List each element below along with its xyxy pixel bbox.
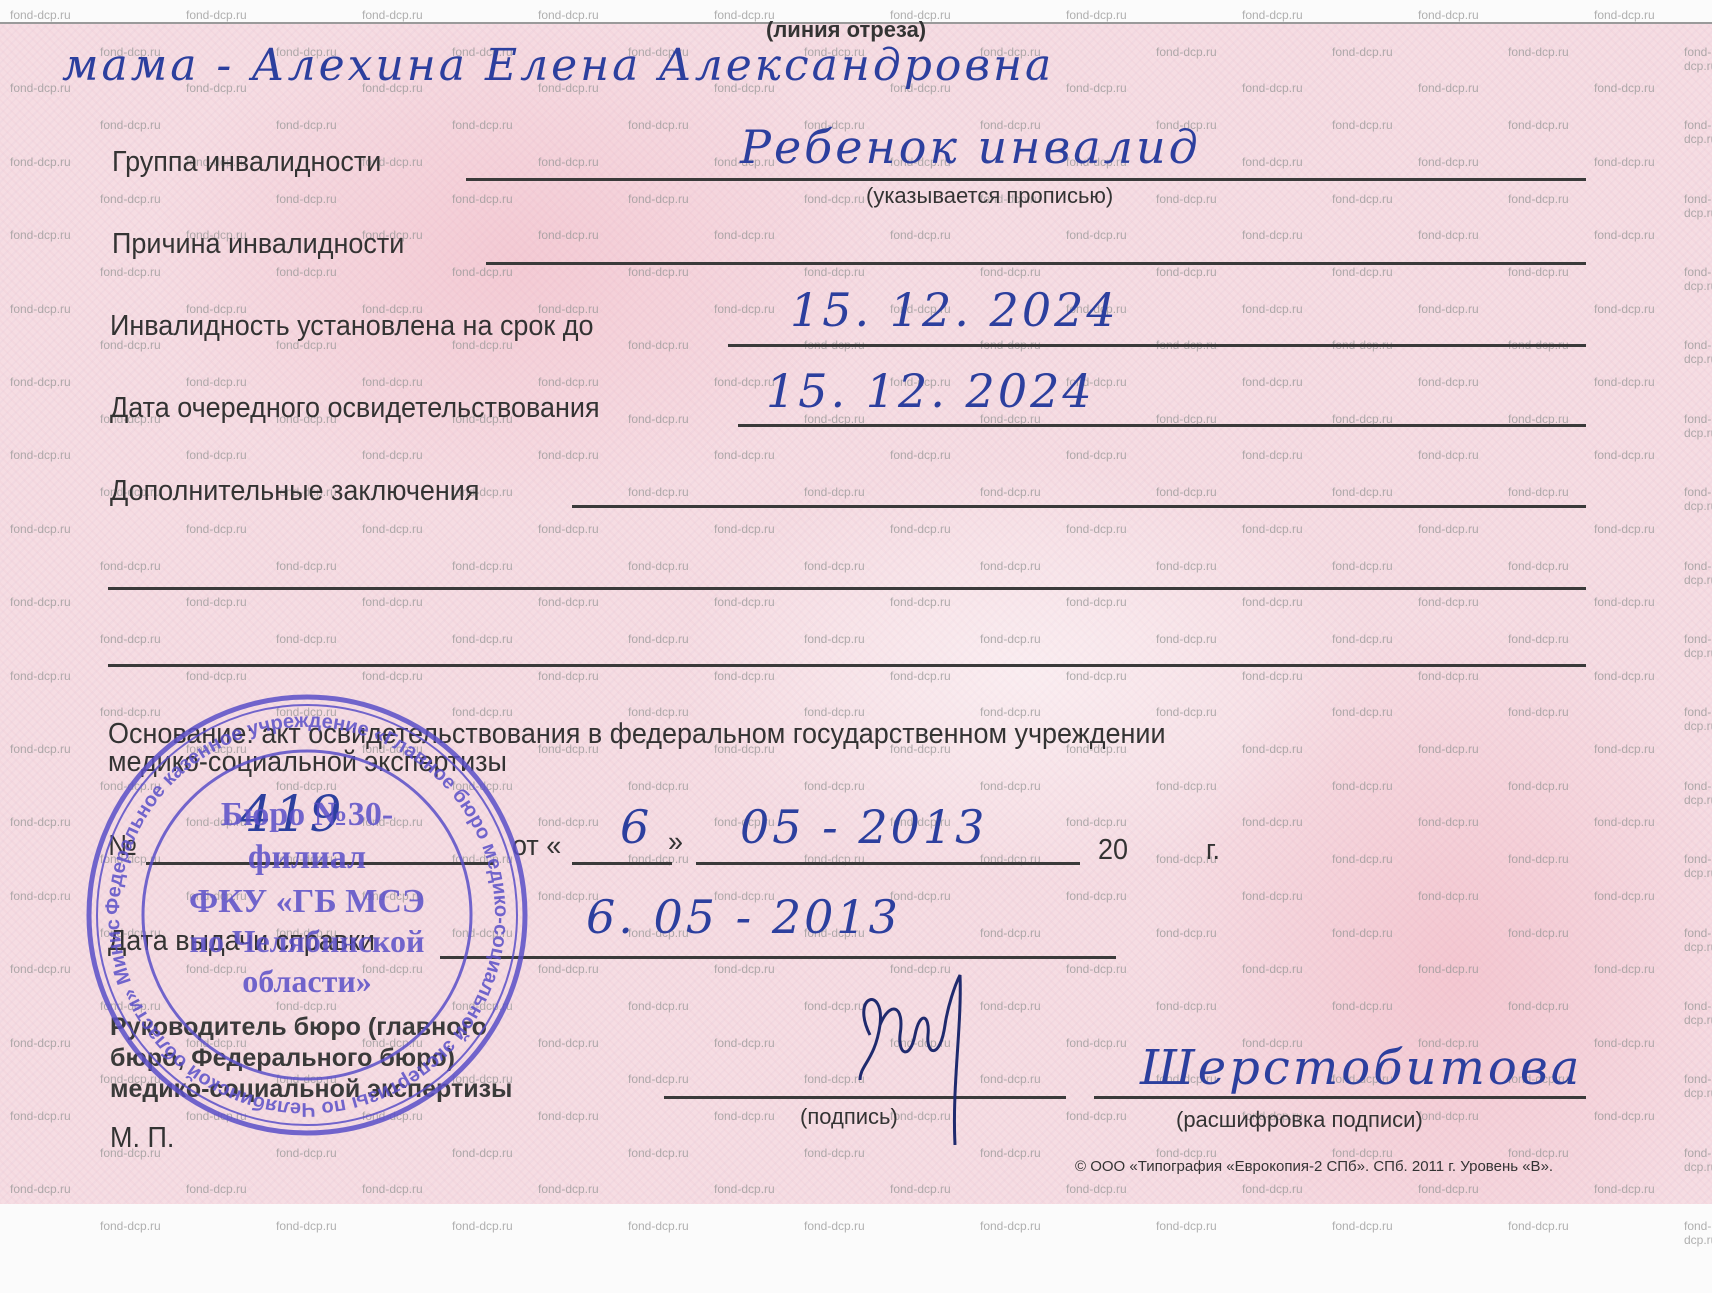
watermark-text: fond-dcp.ru bbox=[1156, 1219, 1217, 1233]
signature-decoding-caption: (расшифровка подписи) bbox=[1176, 1107, 1423, 1133]
holder-name-handwritten: мама - Алехина Елена Александровна bbox=[62, 40, 1054, 91]
watermark-text: fond-dcp.ru bbox=[1418, 8, 1479, 22]
next-exam-line bbox=[738, 424, 1586, 427]
act-day-value: 6 bbox=[620, 800, 652, 854]
act-month-line bbox=[696, 862, 1080, 865]
disability-cause-label: Причина инвалидности bbox=[112, 228, 404, 261]
act-year-suffix: г. bbox=[1206, 834, 1220, 867]
act-number-label: № bbox=[108, 830, 137, 863]
watermark-text: fond-dcp.ru bbox=[1332, 1219, 1393, 1233]
act-day-line bbox=[572, 862, 672, 865]
additional-conclusions-line-2 bbox=[108, 587, 1586, 590]
head-title-line-3: медико-социальной экспертизы bbox=[110, 1074, 512, 1105]
watermark-text: fond-dcp.ru bbox=[1684, 1219, 1712, 1247]
watermark-text: fond-dcp.ru bbox=[100, 1219, 161, 1233]
valid-until-line bbox=[728, 344, 1586, 347]
issue-date-label: Дата выдачи справки bbox=[108, 925, 375, 958]
issue-date-line bbox=[440, 956, 1116, 959]
watermark-text: fond-dcp.ru bbox=[452, 1219, 513, 1233]
printer-copyright: © ООО «Типография «Еврокопия-2 СПб». СПб… bbox=[1075, 1158, 1553, 1175]
act-year-prefix: 20 bbox=[1098, 834, 1128, 867]
disability-group-value: Ребенок инвалид bbox=[740, 120, 1201, 174]
act-month-year-value: 05 - 2013 bbox=[740, 800, 987, 854]
signature-decoding-value: Шерстобитова bbox=[1140, 1040, 1582, 1096]
watermark-text: fond-dcp.ru bbox=[10, 8, 71, 22]
watermark-text: fond-dcp.ru bbox=[1508, 1219, 1569, 1233]
disability-group-label: Группа инвалидности bbox=[112, 146, 381, 179]
watermark-text: fond-dcp.ru bbox=[804, 1219, 865, 1233]
issue-date-value: 6. 05 - 2013 bbox=[586, 890, 901, 944]
watermark-text: fond-dcp.ru bbox=[980, 1219, 1041, 1233]
watermark-text: fond-dcp.ru bbox=[538, 8, 599, 22]
disability-cause-line bbox=[486, 262, 1586, 265]
signature-decoding-line bbox=[1094, 1096, 1586, 1099]
basis-line-2: медико-социальной экспертизы bbox=[108, 746, 507, 779]
signature-mark bbox=[830, 965, 1030, 1145]
disability-group-line bbox=[466, 178, 1586, 181]
valid-until-value: 15. 12. 2024 bbox=[790, 283, 1119, 337]
act-number-line bbox=[146, 862, 494, 865]
head-title-line-1: Руководитель бюро (главного bbox=[110, 1012, 487, 1043]
additional-conclusions-line-3 bbox=[108, 664, 1586, 667]
act-close-quote: » bbox=[668, 826, 683, 859]
watermark-text: fond-dcp.ru bbox=[628, 1219, 689, 1233]
watermark-text: fond-dcp.ru bbox=[1066, 8, 1127, 22]
act-number-value: 419 bbox=[240, 785, 344, 843]
disability-group-hint: (указывается прописью) bbox=[866, 183, 1113, 209]
watermark-text: fond-dcp.ru bbox=[1242, 8, 1303, 22]
additional-conclusions-label: Дополнительные заключения bbox=[110, 475, 479, 508]
watermark-text: fond-dcp.ru bbox=[362, 8, 423, 22]
additional-conclusions-line-1 bbox=[572, 505, 1586, 508]
seal-place-label: М. П. bbox=[110, 1122, 174, 1155]
next-exam-label: Дата очередного освидетельствования bbox=[110, 392, 600, 425]
valid-until-label: Инвалидность установлена на срок до bbox=[110, 310, 593, 343]
act-from-label: от « bbox=[512, 830, 561, 863]
watermark-text: fond-dcp.ru bbox=[1594, 8, 1655, 22]
next-exam-value: 15. 12. 2024 bbox=[766, 364, 1095, 418]
head-title-line-2: бюро, Федерального бюро) bbox=[110, 1043, 455, 1074]
watermark-text: fond-dcp.ru bbox=[276, 1219, 337, 1233]
watermark-text: fond-dcp.ru bbox=[186, 8, 247, 22]
